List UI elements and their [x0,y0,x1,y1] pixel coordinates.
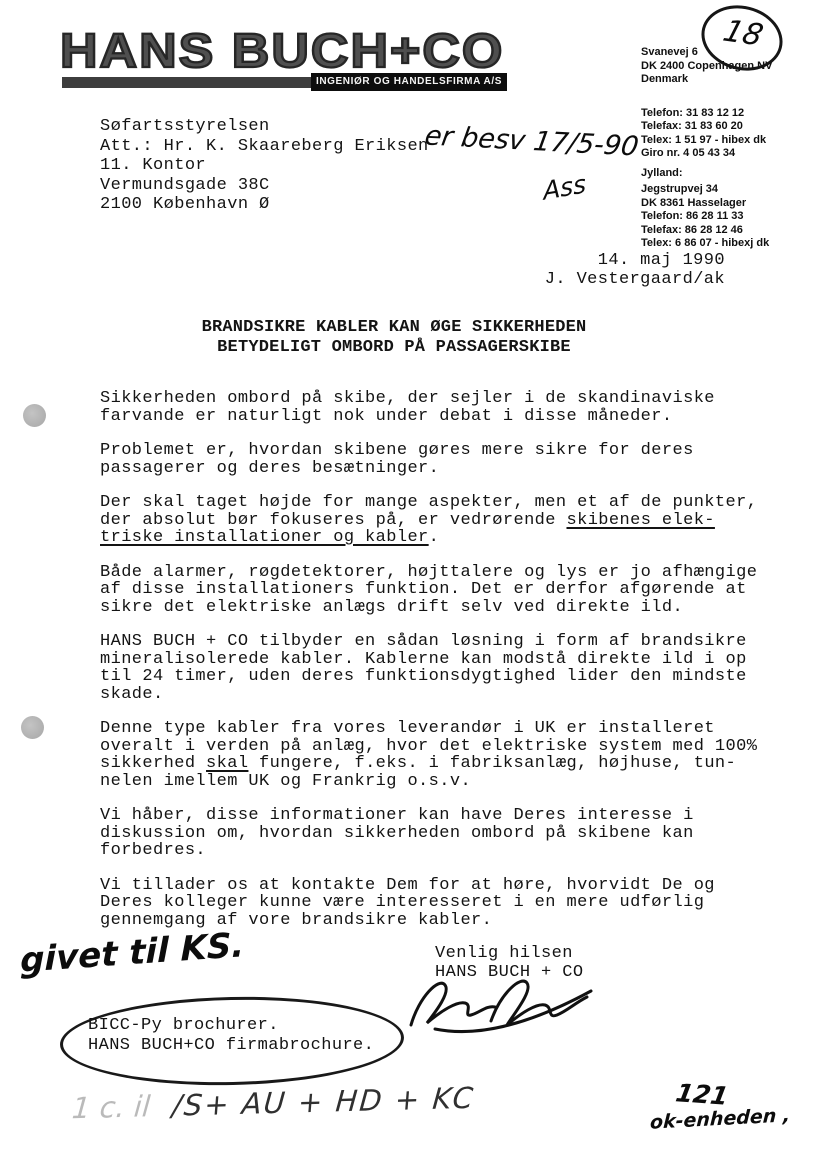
body-line: gennemgang af vore brandsikre kabler. [100,912,760,930]
body-text: passagerer og deres besætninger. [100,459,439,478]
paragraph: Vi håber, disse informationer kan have D… [100,807,760,860]
body-line: mineralisolerede kabler. Kablerne kan mo… [100,651,760,669]
body-line: Vi håber, disse informationer kan have D… [100,807,760,825]
headline-line: BRANDSIKRE KABLER KAN ØGE SIKKERHEDEN [104,318,684,338]
handwritten-routing-note: givet til KS. [20,925,244,981]
body-text: sikkerhed [100,754,206,773]
contact-line: Telex: 1 51 97 - hibex dk [641,134,772,148]
recipient-line: Søfartsstyrelsen [100,117,429,137]
paragraph: Både alarmer, røgdetektorer, højttalere … [100,564,760,617]
body-line: Problemet er, hvordan skibene gøres mere… [100,442,760,460]
handwritten-initials: Ass [542,169,587,206]
body-text: Problemet er, hvordan skibene gøres mere… [100,441,694,460]
recipient-address-block: Søfartsstyrelsen Att.: Hr. K. Skaareberg… [100,117,429,215]
letter-reference: J. Vestergaard/ak [500,270,725,289]
body-text: Vi håber, disse informationer kan have D… [100,806,694,825]
dateline-block: 14. maj 1990 J. Vestergaard/ak [500,251,725,289]
closing-salutation: Venlig hilsen [435,945,583,964]
contact-line: Jegstrupvej 34 [641,183,772,197]
handwritten-reply-note: er besv 17/5-90 [423,121,641,163]
letter-body: Sikkerheden ombord på skibe, der sejler … [100,390,760,946]
body-line: Deres kolleger kunne være interesseret i… [100,894,760,912]
paragraph: Vi tillader os at kontakte Dem for at hø… [100,877,760,930]
paragraph: Denne type kabler fra vores leverandør i… [100,720,760,790]
body-line: Der skal taget højde for mange aspekter,… [100,494,760,512]
body-line: triske installationer og kabler. [100,529,760,547]
body-line: farvande er naturligt nok under debat i … [100,408,760,426]
body-text: til 24 timer, uden deres funktionsdygtig… [100,667,747,686]
recipient-line: Att.: Hr. K. Skaareberg Eriksen [100,137,429,157]
punch-hole [23,404,46,427]
punch-hole [21,716,44,739]
contact-line: Giro nr. 4 05 43 34 [641,147,772,161]
body-line: sikkerhed skal fungere, f.eks. i fabriks… [100,755,760,773]
body-text: Denne type kabler fra vores leverandør i… [100,719,715,738]
body-line: skade. [100,686,760,704]
contact-region-label: Jylland: [641,167,772,181]
recipient-line: Vermundsgade 38C [100,176,429,196]
body-text: Sikkerheden ombord på skibe, der sejler … [100,389,715,408]
paragraph: HANS BUCH + CO tilbyder en sådan løsning… [100,633,760,703]
scanned-letter-page: HANS BUCH+CO INGENIØR OG HANDELSFIRMA A/… [0,0,828,1169]
body-line: forbedres. [100,842,760,860]
handwritten-corner-number: 121 [674,1078,731,1110]
handwritten-faint-text: 1 c. il [71,1089,152,1125]
letter-headline: BRANDSIKRE KABLER KAN ØGE SIKKERHEDEN BE… [104,318,684,357]
body-text: af disse installationers funktion. Det e… [100,580,747,599]
logo-bar: INGENIØR OG HANDELSFIRMA A/S [62,77,506,88]
body-text: Både alarmer, røgdetektorer, højttalere … [100,563,757,582]
body-text: HANS BUCH + CO tilbyder en sådan løsning… [100,632,747,651]
body-line: nelen imellem UK og Frankrig o.s.v. [100,773,760,791]
paragraph: Problemet er, hvordan skibene gøres mere… [100,442,760,477]
underlined-text: skibenes elek- [566,511,714,530]
body-text: diskussion om, hvordan sikkerheden ombor… [100,824,694,843]
enclosure-item: BICC-Py brochurer. [88,1016,374,1036]
signature-handwritten [405,963,595,1043]
body-line: Sikkerheden ombord på skibe, der sejler … [100,390,760,408]
body-line: af disse installationers funktion. Det e… [100,581,760,599]
contact-line: Telex: 6 86 07 - hibexj dk [641,237,772,251]
body-text: Vi tillader os at kontakte Dem for at hø… [100,876,715,895]
body-text: der absolut bør fokuseres på, er vedrøre… [100,511,566,530]
body-text: gennemgang af vore brandsikre kabler. [100,911,492,930]
body-line: passagerer og deres besætninger. [100,460,760,478]
contact-line: Denmark [641,73,772,87]
body-text: sikre det elektriske anlægs drift selv v… [100,598,683,617]
contact-line: DK 8361 Hasselager [641,197,772,211]
body-text: Der skal taget højde for mange aspekter,… [100,493,757,512]
body-line: Denne type kabler fra vores leverandør i… [100,720,760,738]
paragraph: Sikkerheden ombord på skibe, der sejler … [100,390,760,425]
contact-phone-block: Telefon: 31 83 12 12 Telefax: 31 83 60 2… [641,107,772,161]
recipient-line: 11. Kontor [100,156,429,176]
enclosure-item: HANS BUCH+CO firmabrochure. [88,1036,374,1056]
body-line: Vi tillader os at kontakte Dem for at hø… [100,877,760,895]
contact-line: Telefon: 86 28 11 33 [641,210,772,224]
body-text: skade. [100,685,164,704]
body-line: der absolut bør fokuseres på, er vedrøre… [100,512,760,530]
contact-line: Telefax: 86 28 12 46 [641,224,772,238]
letterhead-contact-block: Svanevej 6 DK 2400 Copenhagen NV Denmark… [641,46,772,251]
body-line: overalt i verden på anlæg, hvor det elek… [100,738,760,756]
body-line: Både alarmer, røgdetektorer, højttalere … [100,564,760,582]
logo-tagline: INGENIØR OG HANDELSFIRMA A/S [311,73,507,91]
body-line: HANS BUCH + CO tilbyder en sådan løsning… [100,633,760,651]
body-line: diskussion om, hvordan sikkerheden ombor… [100,825,760,843]
contact-region-block: Jegstrupvej 34 DK 8361 Hasselager Telefo… [641,183,772,251]
body-line: til 24 timer, uden deres funktionsdygtig… [100,668,760,686]
body-text: . [429,528,440,547]
body-text: Deres kolleger kunne være interesseret i… [100,893,704,912]
body-text: forbedres. [100,841,206,860]
enclosure-list: BICC-Py brochurer. HANS BUCH+CO firmabro… [88,1016,374,1055]
headline-line: BETYDELIGT OMBORD PÅ PASSAGERSKIBE [104,338,684,358]
body-text: farvande er naturligt nok under debat i … [100,407,673,426]
company-logo-wordmark: HANS BUCH+CO [60,29,504,74]
recipient-line: 2100 København Ø [100,195,429,215]
body-line: sikre det elektriske anlægs drift selv v… [100,599,760,617]
body-text: overalt i verden på anlæg, hvor det elek… [100,737,757,756]
body-text: fungere, f.eks. i fabriksanlæg, højhuse,… [248,754,736,773]
body-text: mineralisolerede kabler. Kablerne kan mo… [100,650,747,669]
body-text: nelen imellem UK og Frankrig o.s.v. [100,772,471,791]
underlined-text: skal [206,754,248,773]
contact-line: Telefon: 31 83 12 12 [641,107,772,121]
contact-line: Telefax: 31 83 60 20 [641,120,772,134]
handwritten-distribution-note: 1 c. il/S+ AU + HD + KC [71,1081,477,1126]
paragraph: Der skal taget højde for mange aspekter,… [100,494,760,547]
handwritten-note-text: /S+ AU + HD + KC [171,1081,476,1123]
handwritten-corner-note: ok-enheden , [650,1104,791,1133]
letter-date: 14. maj 1990 [500,251,725,270]
underlined-text: triske installationer og kabler [100,528,429,547]
